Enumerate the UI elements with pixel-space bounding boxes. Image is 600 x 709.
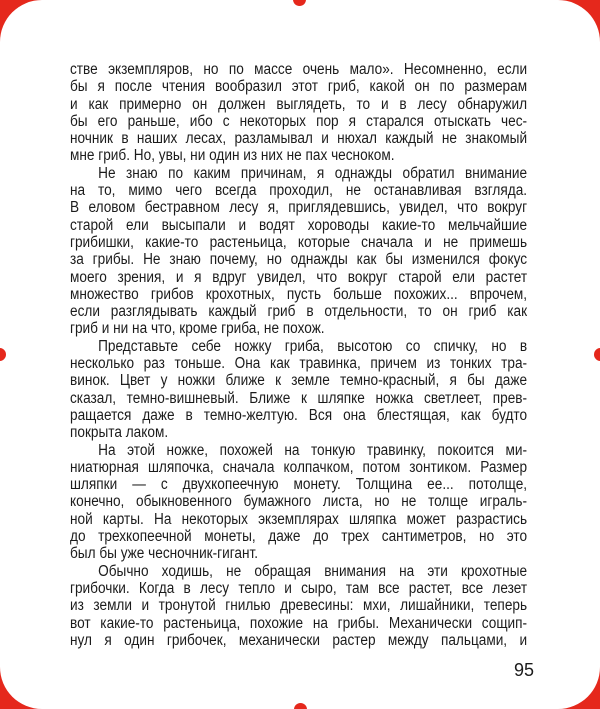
text-line: шляпки — с двухкопеечную монету. Толщина… — [70, 476, 527, 493]
text-line: моего зрения, и я вдруг увидел, что вокр… — [70, 269, 527, 286]
text-line: бы его раньше, ибо с некоторых пор я ста… — [70, 113, 527, 130]
text-line: был бы уже чесночник-гигант. — [70, 545, 527, 562]
text-line: грибочки. Когда в лесу тепло и сыро, там… — [70, 580, 527, 597]
paragraph: Обычно ходишь, не обращая внимания на эт… — [70, 563, 527, 649]
text-line: гриб и ни на что, кроме гриба, не похож. — [70, 320, 527, 337]
book-page: стве экземпляров, но по массе очень мало… — [0, 0, 600, 709]
text-line: ниатюрная шляпочка, сначала колпачком, п… — [70, 459, 527, 476]
text-block: стве экземпляров, но по массе очень мало… — [70, 61, 527, 649]
text-line: бы я после чтения вообразил этот гриб, к… — [70, 78, 527, 95]
text-line: нул я один грибочек, механически растер … — [70, 632, 527, 649]
text-line: мне гриб. Но, увы, ни один из них не пах… — [70, 147, 527, 164]
text-line: Не знаю по каким причинам, я однажды обр… — [70, 165, 527, 182]
text-line: грибишки, какие-то растеньица, которые с… — [70, 234, 527, 251]
page-frame: стве экземпляров, но по массе очень мало… — [0, 0, 600, 709]
paragraph: Не знаю по каким причинам, я однажды обр… — [70, 165, 527, 338]
text-line: Представьте себе ножку гриба, высотою со… — [70, 338, 527, 355]
text-line: конечно, обыкновенного бумажного листа, … — [70, 493, 527, 510]
text-line: из земли и тронутой гнилью древесины: мх… — [70, 597, 527, 614]
text-line: старой ели высыпали и водят хороводы как… — [70, 217, 527, 234]
text-line: ной карты. На некоторых экземплярах шляп… — [70, 511, 527, 528]
text-line: На этой ножке, похожей на тонкую травинк… — [70, 442, 527, 459]
text-line: за грибы. Не знаю почему, но однажды как… — [70, 251, 527, 268]
text-line: если разглядывать каждый гриб в отдельно… — [70, 303, 527, 320]
text-line: Обычно ходишь, не обращая внимания на эт… — [70, 563, 527, 580]
text-line: до трехкопеечной монеты, даже до трех са… — [70, 528, 527, 545]
paragraph: На этой ножке, похожей на тонкую травинк… — [70, 442, 527, 563]
paragraph: Представьте себе ножку гриба, высотою со… — [70, 338, 527, 442]
edge-mark-right-icon — [594, 348, 600, 361]
text-line: В еловом бестравном лесу я, приглядевшис… — [70, 199, 527, 216]
text-line: вот какие-то растеньица, похожие на гриб… — [70, 615, 527, 632]
screenshot-root: { "frame": { "mark_color": "#e5281c", "p… — [0, 0, 600, 709]
text-line: стве экземпляров, но по массе очень мало… — [70, 61, 527, 78]
page-number: 95 — [514, 661, 534, 679]
edge-mark-bottom-icon — [294, 703, 307, 709]
text-line: ночник в наших лесах, разламывал и нюхал… — [70, 130, 527, 147]
text-line: множество грибов крохотных, пусть больше… — [70, 286, 527, 303]
text-line: ращается даже в темно-желтую. Вся она бл… — [70, 407, 527, 424]
text-line: несколько раз тоньше. Она как травинка, … — [70, 355, 527, 372]
text-line: винок. Цвет у ножки ближе к земле темно-… — [70, 372, 527, 389]
text-line: и как примерно он должен выглядеть, то и… — [70, 96, 527, 113]
text-line: на то, мимо чего всегда проходил, не ост… — [70, 182, 527, 199]
paragraph: стве экземпляров, но по массе очень мало… — [70, 61, 527, 165]
text-line: покрыта лаком. — [70, 424, 527, 441]
text-line: сказал, темно-вишневый. Ближе к шляпке н… — [70, 390, 527, 407]
